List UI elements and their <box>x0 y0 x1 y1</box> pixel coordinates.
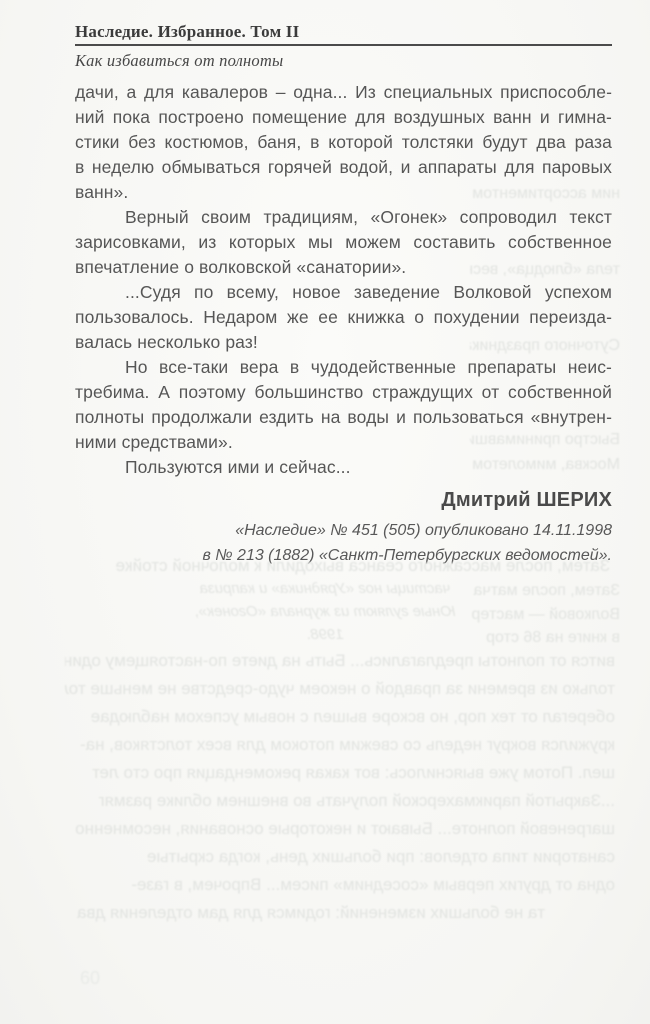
showthrough-line: та не больших изменений: годимся для дам… <box>65 902 545 924</box>
showthrough-line: ним ассортиментом волн <box>470 183 620 205</box>
chapter-title: Как избавиться от полноты <box>75 51 612 71</box>
showthrough-line: частицы ног «Урядника» и каприза <box>170 578 480 600</box>
text-line: требима. А поэтому большинство страждущи… <box>75 380 612 405</box>
text-line: Но все-таки вера в чудодейственные препа… <box>75 355 612 380</box>
text-line: зарисовками, из которых мы можем состави… <box>75 230 612 255</box>
showthrough-line: в книге на 86 стор <box>470 627 620 649</box>
showthrough-line: только из времени за правдой о некоем чу… <box>65 678 615 700</box>
header-rule <box>75 44 612 46</box>
showthrough-line: Юные гуляют из журнала «Огонек», <box>170 601 480 623</box>
author-name: Дмитрий ШЕРИХ <box>75 489 612 512</box>
showthrough-line: Суточного праздника <box>470 335 620 357</box>
text-line: в неделю обмываться горячей водой, и апп… <box>75 155 612 180</box>
article-column: дачи, а для кавалеров – одна... Из специ… <box>75 80 612 568</box>
showthrough-line: Затем, после матча <box>470 580 620 602</box>
running-title: Наследие. Избранное. Том II <box>75 22 612 42</box>
text-line: Верный своим традициям, «Огонек» сопрово… <box>75 205 612 230</box>
showthrough-line: Затем, после массажного сеанса выходили … <box>65 555 610 577</box>
showthrough-line: 1998. <box>170 624 480 646</box>
text-line: ний пока построено помещение для воздушн… <box>75 105 612 130</box>
book-page: Наследие. Избранное. Том II Как избавить… <box>0 0 650 1024</box>
page-header: Наследие. Избранное. Том II Как избавить… <box>75 22 612 71</box>
showthrough-line: оберегал от тех пор, но вскоре вышел с н… <box>65 706 615 728</box>
showthrough-line: кружился вокруг недель со свежим потоком… <box>65 734 615 756</box>
showthrough-line: Быстро принимавшие <box>470 429 620 451</box>
text-line: стики без костюмов, баня, в которой толс… <box>75 130 612 155</box>
text-line: дачи, а для кавалеров – одна... Из специ… <box>75 80 612 105</box>
showthrough-line: санатории типа отделов: при больших день… <box>65 846 615 868</box>
text-line: полноты продолжали ездить на воды и поль… <box>75 405 612 430</box>
citation-line-1: «Наследие» № 451 (505) опубликовано 14.1… <box>75 518 612 543</box>
showthrough-line: одна от других первым «соседним» писем..… <box>65 874 615 896</box>
showthrough-line: шел. Потом уже выяснилось: вот какая рек… <box>65 762 615 784</box>
showthrough-line: шагреневой полноте... Бывают и некоторые… <box>65 818 615 840</box>
showthrough-line: ...Закрытой парикмахерской получать во в… <box>65 790 615 812</box>
text-line: ...Судя по всему, новое заведение Волков… <box>75 280 612 305</box>
showthrough-line: Москва, мимолетом <box>470 454 620 476</box>
text-line: пользовалось. Недаром же ее книжка о пох… <box>75 305 612 330</box>
showthrough-line: вится от полноты предлагались... Быть на… <box>65 650 615 672</box>
showthrough-line: Волковой — мастер <box>470 604 620 626</box>
showthrough-line: тела «блюдца», весной <box>470 259 620 281</box>
page-number: 60 <box>80 968 100 989</box>
